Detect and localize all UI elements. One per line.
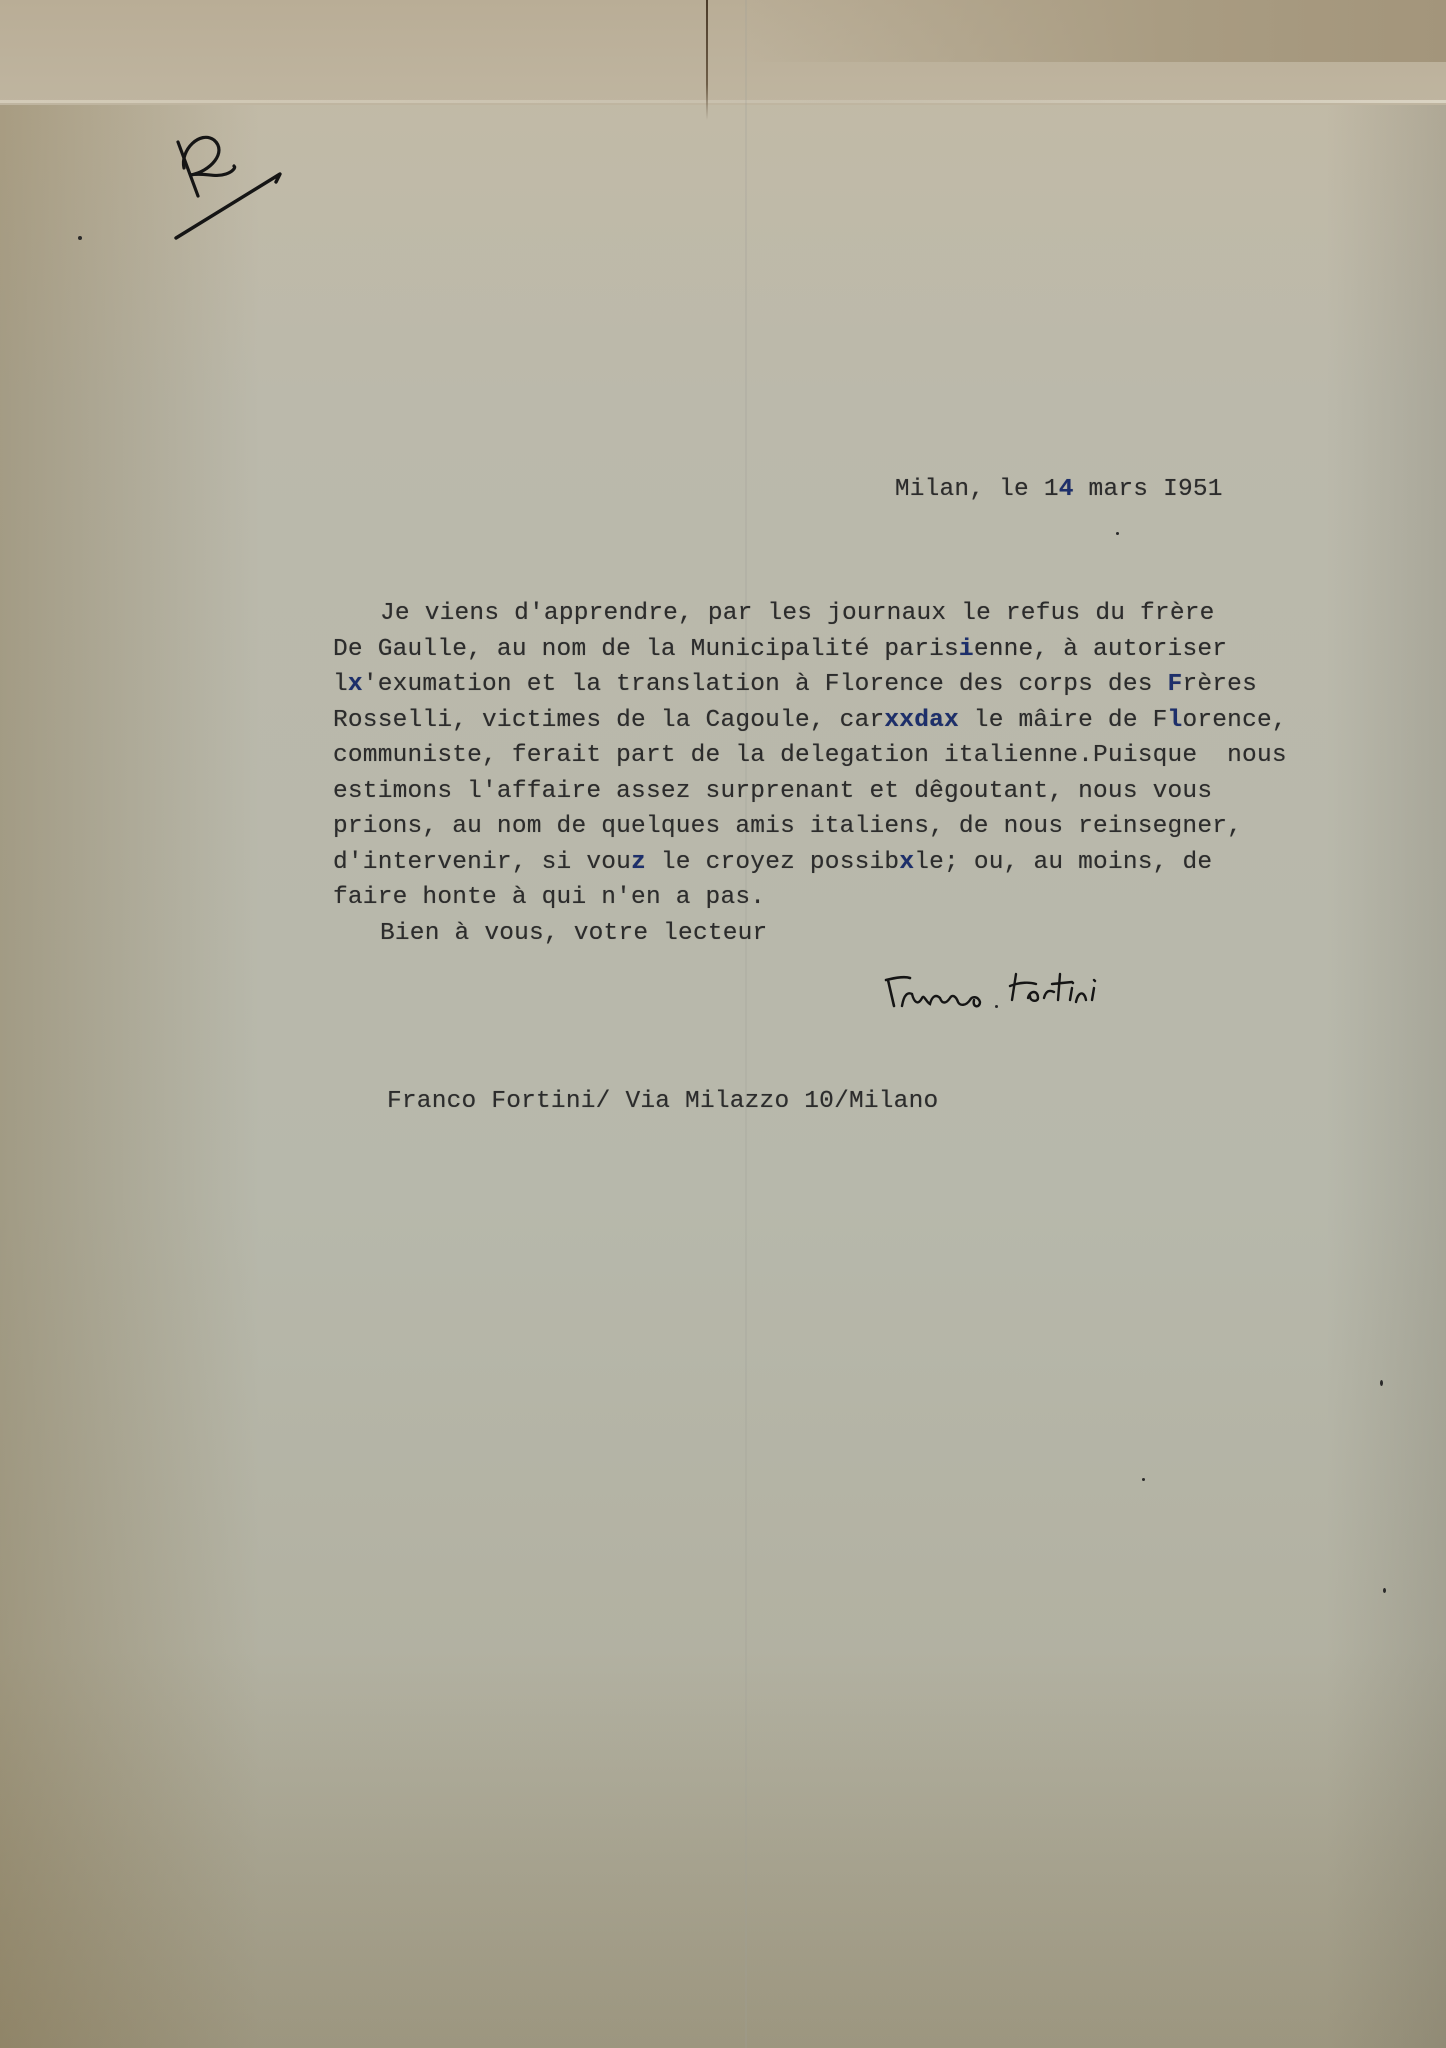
letter-line: faire honte à qui n'en a pas. <box>333 884 765 911</box>
letter-line: Bien à vous, votre lecteur <box>380 920 767 947</box>
typed-text: enne, à autoriser <box>974 636 1227 663</box>
letter-line: De Gaulle, au nom de la Municipalité par… <box>333 636 1227 663</box>
letter-line: communiste, ferait part de la delegation… <box>333 742 1287 769</box>
typed-text: le; ou, au moins, de <box>914 849 1212 876</box>
fold-line <box>0 100 1446 103</box>
letter-line: lx'exumation et la translation à Florenc… <box>333 671 1257 698</box>
typed-text: communiste, ferait part de la delegation… <box>333 742 1287 769</box>
typed-overstrike: l <box>1168 707 1183 734</box>
typed-text: Bien à vous, votre lecteur <box>380 920 767 947</box>
date-suffix: mars I951 <box>1074 476 1223 503</box>
typed-text: le mâire de F <box>959 707 1168 734</box>
vertical-crease <box>745 0 747 2048</box>
sender-address: Franco Fortini/ Via Milazzo 10/Milano <box>387 1088 938 1115</box>
ink-speck <box>1380 1380 1383 1386</box>
typed-overstrike: x <box>899 849 914 876</box>
handwritten-signature-icon: Franco Fortini <box>880 968 1120 1028</box>
typed-overstrike: xxdax <box>884 707 959 734</box>
typed-text: estimons l'affaire assez surprenant et d… <box>333 778 1212 805</box>
typed-text: l <box>333 671 348 698</box>
letter-line: Rosselli, victimes de la Cagoule, carxxd… <box>333 707 1287 734</box>
typed-text: Je viens d'apprendre, par les journaux l… <box>380 600 1215 627</box>
ink-speck <box>1142 1478 1145 1481</box>
typed-text: De Gaulle, au nom de la Municipalité par… <box>333 636 959 663</box>
handwritten-r-mark-icon <box>170 130 300 250</box>
date-prefix: Milan, le 1 <box>895 476 1059 503</box>
letter-line: estimons l'affaire assez surprenant et d… <box>333 778 1212 805</box>
date-overstrike: 4 <box>1059 476 1074 503</box>
typed-overstrike: z <box>631 849 646 876</box>
ink-speck <box>78 236 82 240</box>
typed-text: faire honte à qui n'en a pas. <box>333 884 765 911</box>
typed-text: rères <box>1182 671 1257 698</box>
typed-text: le croyez possib <box>646 849 899 876</box>
letter-body: Je viens d'apprendre, par les journaux l… <box>333 600 1333 960</box>
typed-text: Rosselli, victimes de la Cagoule, car <box>333 707 884 734</box>
folded-top-edge-shadow <box>746 0 1446 62</box>
letter-line: d'intervenir, si vouz le croyez possibxl… <box>333 849 1212 876</box>
letter-line: Je viens d'apprendre, par les journaux l… <box>380 600 1215 627</box>
typed-overstrike: i <box>959 636 974 663</box>
ink-speck <box>1116 532 1119 535</box>
typed-text: d'intervenir, si vou <box>333 849 631 876</box>
tear-crease <box>706 0 708 120</box>
typed-overstrike: F <box>1168 671 1183 698</box>
typed-text: 'exumation et la translation à Florence … <box>363 671 1168 698</box>
letter-date: Milan, le 14 mars I951 <box>865 449 1223 503</box>
letter-line: prions, au nom de quelques amis italiens… <box>333 813 1242 840</box>
typed-text: orence, <box>1182 707 1286 734</box>
paper-sheet <box>0 0 1446 2048</box>
ink-speck <box>1383 1588 1386 1593</box>
typed-text: prions, au nom de quelques amis italiens… <box>333 813 1242 840</box>
typed-overstrike: x <box>348 671 363 698</box>
